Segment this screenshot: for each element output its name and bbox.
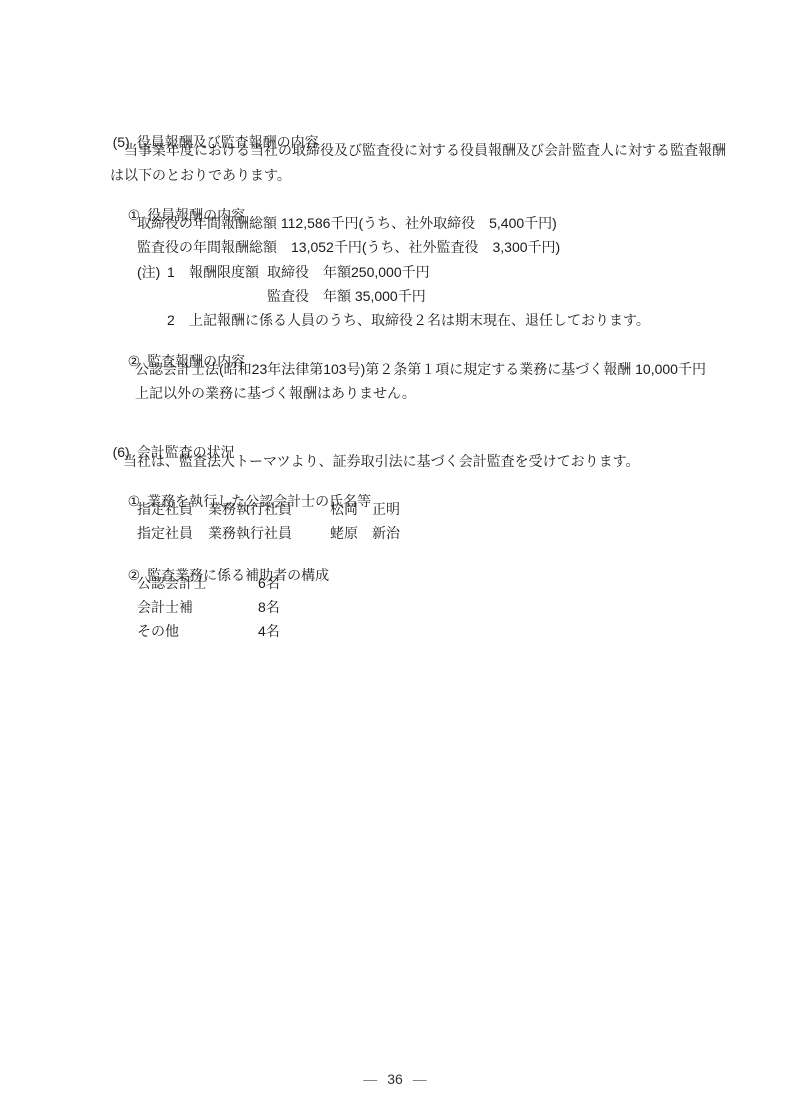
assistant-count: 6名 (258, 575, 280, 591)
note-1-row: (注) 1 報酬限度額 取締役 年額250,000千円 (0, 264, 790, 281)
assistant-row: 公認会計士 6名 (0, 575, 790, 592)
accountant-role: 業務執行社員 (208, 501, 292, 517)
note-1-continuation-row: 監査役 年額 35,000千円 (0, 288, 790, 305)
accountant-row: 指定社員 業務執行社員 蛯原 新治 (0, 525, 790, 542)
assistant-count: 8名 (258, 599, 280, 615)
section-5-intro-line-2: は以下のとおりであります。 (110, 167, 291, 183)
accountant-name: 松岡 正明 (330, 501, 400, 517)
section-5-intro-line-1: 当事業年度における当社の取締役及び監査役に対する役員報酬及び会計監査人に対する監… (124, 142, 726, 158)
section-6-intro: 当社は、監査法人トーマツより、証券取引法に基づく会計監査を受けております。 (123, 453, 639, 469)
accountant-row: 指定社員 業務執行社員 松岡 正明 (0, 501, 790, 518)
auditor-compensation-line: 監査役の年間報酬総額 13,052千円(うち、社外監査役 3,300千円) (137, 239, 560, 255)
note-1-amount-auditor: 年額 35,000千円 (323, 288, 426, 304)
note-2-text: 上記報酬に係る人員のうち、取締役２名は期末現在、退任しております。 (189, 312, 650, 328)
assistant-role: 会計士補 (137, 599, 193, 615)
director-compensation-line: 取締役の年間報酬総額 112,586千円(うち、社外取締役 5,400千円) (137, 215, 557, 231)
accountant-designation: 指定社員 (137, 501, 193, 517)
note-1-number: 1 (167, 264, 175, 280)
note-1-amount-director: 年額250,000千円 (323, 264, 430, 280)
note-1-role-auditor: 監査役 (267, 288, 309, 304)
accountant-designation: 指定社員 (137, 525, 193, 541)
footer-right-dash: — (403, 1071, 437, 1087)
page-footer: —36— (0, 1071, 790, 1087)
assistant-row: その他 4名 (0, 623, 790, 640)
cpa-law-fee-line: 公認会計士法(昭和23年法律第103号)第２条第１項に規定する業務に基づく報酬 … (135, 361, 706, 377)
document-page: (5)役員報酬及び監査報酬の内容 当事業年度における当社の取締役及び監査役に対す… (0, 0, 790, 1118)
note-1-role-director: 取締役 (267, 264, 309, 280)
note-2-number: 2 (167, 312, 175, 328)
assistant-row: 会計士補 8名 (0, 599, 790, 616)
accountant-role: 業務執行社員 (208, 525, 292, 541)
assistant-role: 公認会計士 (137, 575, 207, 591)
note-label: (注) (137, 264, 160, 280)
footer-left-dash: — (353, 1071, 387, 1087)
note-2-row: 2 上記報酬に係る人員のうち、取締役２名は期末現在、退任しております。 (0, 312, 790, 329)
note-1-item: 報酬限度額 (189, 264, 259, 280)
accountant-name: 蛯原 新治 (330, 525, 400, 541)
no-other-fee-line: 上記以外の業務に基づく報酬はありません。 (135, 385, 416, 401)
page-number: 36 (387, 1071, 403, 1087)
assistant-count: 4名 (258, 623, 280, 639)
assistant-role: その他 (137, 623, 179, 639)
